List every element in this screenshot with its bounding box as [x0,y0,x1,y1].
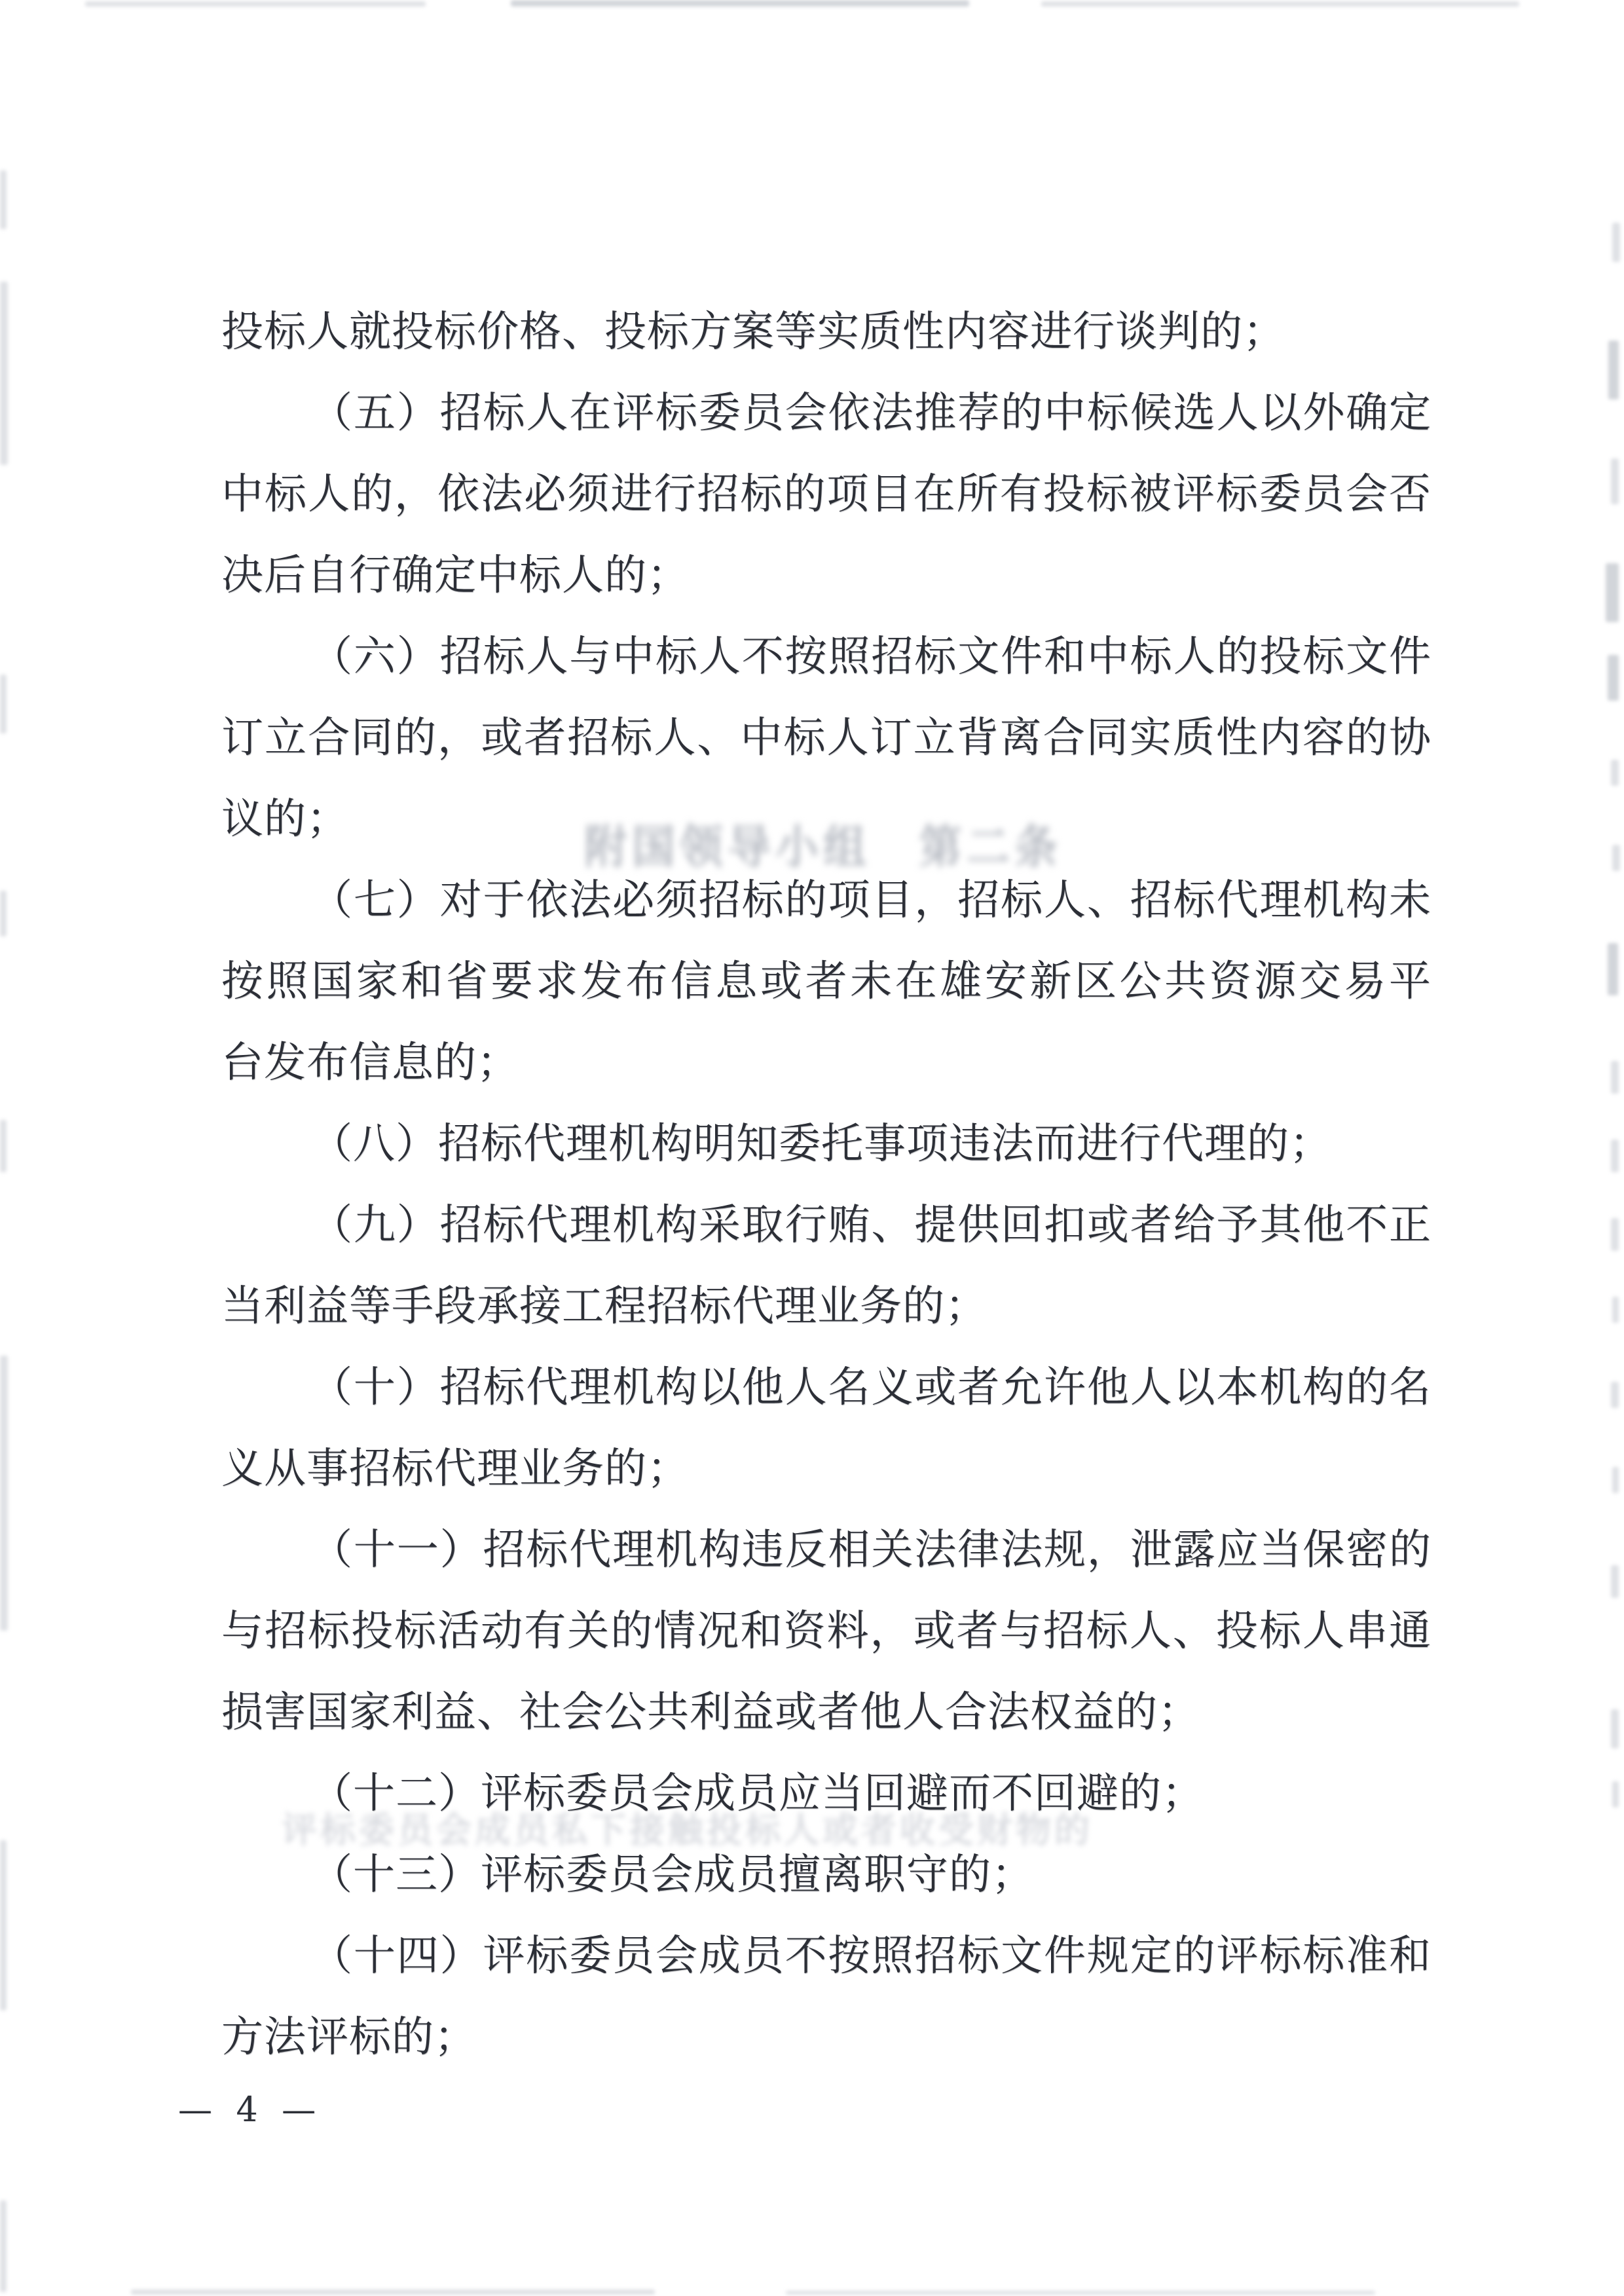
text-line: 中标人的，依法必须进行招标的项目在所有投标被评标委员会否 [221,454,1431,535]
scan-smudge [1611,1382,1619,1408]
text-line: （十三）评标委员会成员擅离职守的； [221,1834,1431,1916]
text-line: 订立合同的，或者招标人、中标人订立背离合同实质性内容的协 [221,697,1431,779]
scan-smudge [1608,943,1618,995]
text-line: （十二）评标委员会成员应当回避而不回避的； [221,1753,1431,1834]
text-line: （五）招标人在评标委员会依法推荐的中标候选人以外确定 [221,373,1431,454]
text-line: 与招标投标活动有关的情况和资料，或者与招标人、投标人串通 [221,1591,1431,1672]
scan-smudge [1611,1061,1619,1094]
scan-smudge [1612,1467,1619,1493]
scan-smudge [1611,458,1619,504]
scan-smudge [1611,1139,1619,1172]
text-line: 决后自行确定中标人的； [221,535,1431,616]
scan-smudge [511,0,969,7]
text-line: 台发布信息的； [221,1022,1431,1103]
text-line: 投标人就投标价格、投标方案等实质性内容进行谈判的； [221,291,1431,373]
text-line: 义从事招标代理业务的； [221,1428,1431,1509]
scan-smudge [1611,1565,1619,1598]
scan-smudge [1041,1,1519,7]
text-line: 当利益等手段承接工程招标代理业务的； [221,1266,1431,1347]
text-line: 议的； [221,779,1431,860]
text-line: 方法评标的； [221,1997,1431,2078]
scan-smudge [786,2291,1375,2295]
scan-smudge [0,1356,8,1631]
scan-smudge [85,1,426,7]
scan-smudge [0,2200,7,2292]
scan-smudge [1611,760,1619,786]
scan-smudge [1608,655,1619,701]
text-line: （九）招标代理机构采取行贿、提供回扣或者给予其他不正 [221,1185,1431,1266]
scan-smudge [1611,1709,1619,1749]
scan-smudge [1608,341,1619,399]
text-line: （六）招标人与中标人不按照招标文件和中标人的投标文件 [221,616,1431,697]
scan-smudge [1612,223,1620,262]
text-line: （七）对于依法必须招标的项目，招标人、招标代理机构未 [221,860,1431,941]
text-line: 损害国家利益、社会公共利益或者他人合法权益的； [221,1672,1431,1753]
scan-smudge [131,2289,655,2295]
scan-smudge [0,675,7,733]
scan-smudge [0,170,7,229]
scan-smudge [1611,1218,1619,1251]
scan-smudge [0,1840,7,2010]
text-line: （八）招标代理机构明知委托事项违法而进行代理的； [221,1103,1431,1185]
text-line: 按照国家和省要求发布信息或者未在雄安新区公共资源交易平 [221,941,1431,1022]
text-line: （十一）招标代理机构违反相关法律法规，泄露应当保密的 [221,1509,1431,1591]
page-number: — 4 — [178,2090,322,2130]
text-line: （十四）评标委员会成员不按照招标文件规定的评标标准和 [221,1916,1431,1997]
scan-smudge [0,891,7,936]
scan-smudge [0,282,8,465]
scan-smudge [1612,845,1620,871]
scan-smudge [1612,1781,1619,1807]
document-body: 投标人就投标价格、投标方案等实质性内容进行谈判的； （五）招标人在评标委员会依法… [221,291,1431,2078]
scanned-document-page: 附国领导小组 第二条 评标委员会成员私下接触投标人或者收受财物的 投标人就投标价… [0,0,1624,2296]
scan-smudge [0,1120,7,1172]
scan-smudge [1612,1297,1619,1323]
text-line: （十）招标代理机构以他人名义或者允许他人以本机构的名 [221,1347,1431,1428]
scan-smudge [1606,563,1619,622]
